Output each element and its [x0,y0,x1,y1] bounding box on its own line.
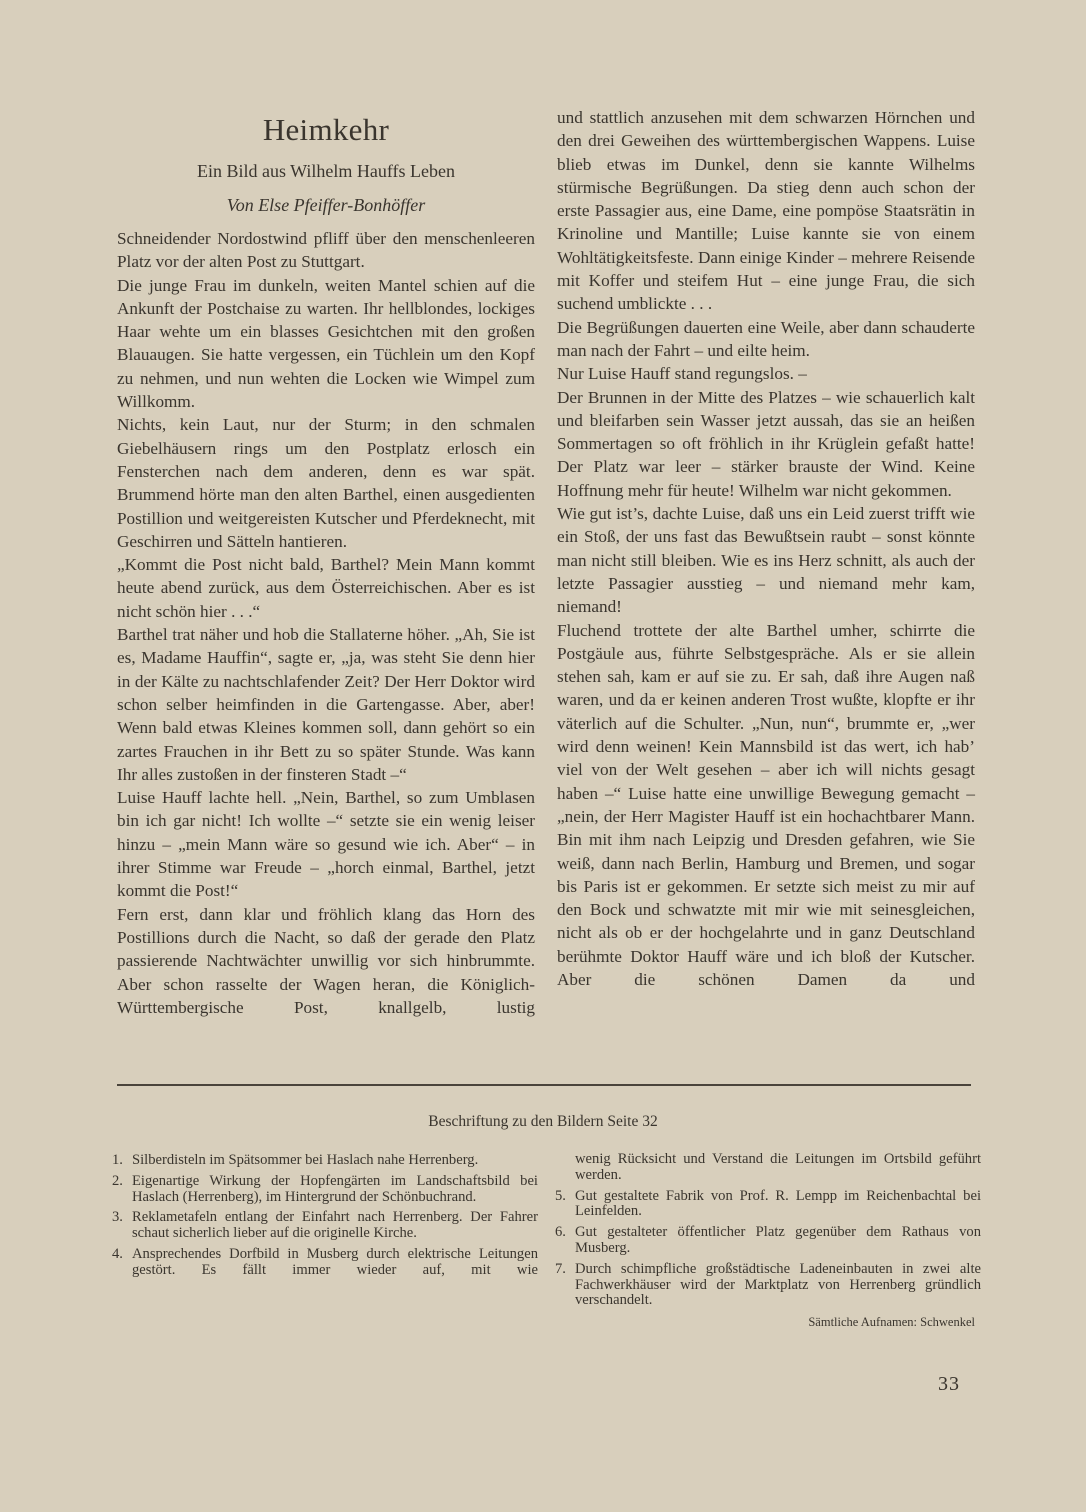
article-left-column: Heimkehr Ein Bild aus Wilhelm Hauffs Leb… [117,108,535,1019]
caption-item: 4. Ansprechendes Dorfbild in Musberg dur… [112,1247,538,1279]
photo-credit: Sämtliche Aufnamen: Schwenkel [555,1314,981,1330]
caption-item: 3. Reklametafeln entlang der Einfahrt na… [112,1210,538,1242]
caption-number: 1. [112,1153,132,1169]
caption-continuation: wenig Rücksicht und Verstand die Leitung… [555,1152,981,1184]
caption-item: 2. Eigenartige Wirkung der Hopfengärten … [112,1174,538,1206]
paragraph: Die Begrüßungen dauerten eine Weile, abe… [557,316,975,363]
caption-text: Silberdisteln im Spätsommer bei Haslach … [132,1153,538,1169]
caption-text: Eigenartige Wirkung der Hopfengärten im … [132,1174,538,1206]
caption-text: Reklametafeln entlang der Einfahrt nach … [132,1210,538,1242]
caption-item: 6. Gut gestalteter öffentlicher Platz ge… [555,1225,981,1257]
article-right-column: und stattlich anzusehen mit dem schwarze… [557,106,975,991]
caption-number: 2. [112,1174,132,1206]
captions-right-column: wenig Rücksicht und Verstand die Leitung… [555,1152,981,1330]
page-number: 33 [938,1372,960,1396]
article-header: Heimkehr Ein Bild aus Wilhelm Hauffs Leb… [117,112,535,216]
caption-number: 6. [555,1225,575,1257]
captions-left-column: 1. Silberdisteln im Spätsommer bei Hasla… [112,1153,538,1284]
paragraph: Der Brunnen in der Mitte des Platzes – w… [557,386,975,502]
caption-text: Durch schimpfliche großstädtische Ladene… [575,1262,981,1309]
caption-number: 3. [112,1210,132,1242]
captions-heading: Beschriftung zu den Bildern Seite 32 [0,1112,1086,1132]
paragraph: Luise Hauff lachte hell. „Nein, Barthel,… [117,786,535,902]
caption-item: 1. Silberdisteln im Spätsommer bei Hasla… [112,1153,538,1169]
paragraph: Wie gut ist’s, dachte Luise, daß uns ein… [557,502,975,618]
caption-text: Gut gestalteter öffentlicher Platz gegen… [575,1225,981,1257]
caption-text: Gut gestaltete Fabrik von Prof. R. Lempp… [575,1189,981,1221]
paragraph: Barthel trat näher und hob die Stallater… [117,623,535,786]
article-subtitle: Ein Bild aus Wilhelm Hauffs Leben [117,160,535,182]
magazine-page: Heimkehr Ein Bild aus Wilhelm Hauffs Leb… [0,0,1086,1512]
paragraph: Schneidender Nordostwind pfliff über den… [117,227,535,274]
caption-item: 7. Durch schimpfliche großstädtische Lad… [555,1262,981,1309]
paragraph: Fluchend trottete der alte Barthel umher… [557,619,975,992]
section-divider [117,1084,971,1086]
article-author: Von Else Pfeiffer-Bonhöffer [117,194,535,216]
article-title: Heimkehr [117,112,535,148]
caption-number: 5. [555,1189,575,1221]
paragraph: Die junge Frau im dunkeln, weiten Mantel… [117,274,535,414]
caption-text: Ansprechendes Dorfbild in Musberg durch … [132,1247,538,1279]
paragraph: Fern erst, dann klar und fröhlich klang … [117,903,535,1019]
paragraph: Nur Luise Hauff stand regungslos. – [557,362,975,385]
caption-number: 7. [555,1262,575,1309]
caption-item: 5. Gut gestaltete Fabrik von Prof. R. Le… [555,1189,981,1221]
paragraph: Nichts, kein Laut, nur der Sturm; in den… [117,413,535,553]
paragraph: „Kommt die Post nicht bald, Barthel? Mei… [117,553,535,623]
caption-number: 4. [112,1247,132,1279]
paragraph: und stattlich anzusehen mit dem schwarze… [557,106,975,316]
